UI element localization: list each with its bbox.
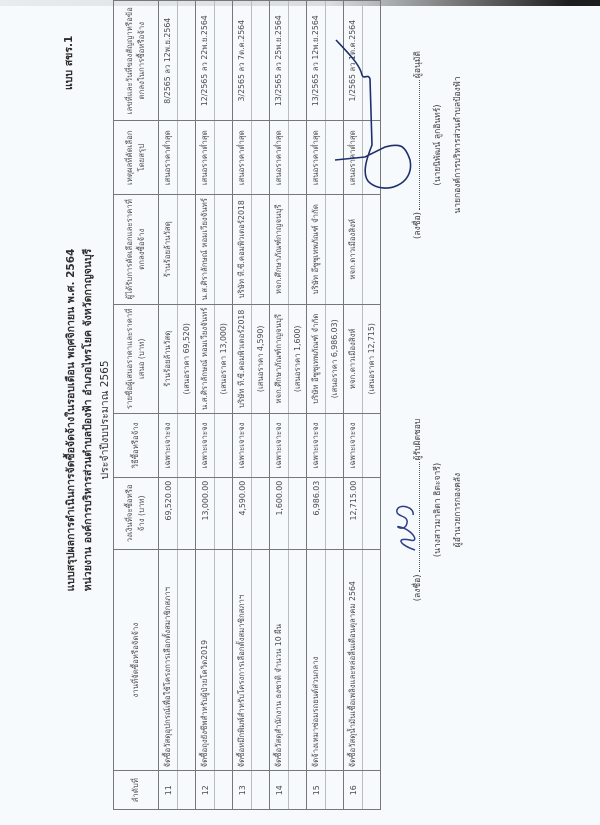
cell-contract: 3/2565 ลว 7ต.ค.2564 xyxy=(233,1,252,121)
cell-empty xyxy=(178,195,196,305)
signer-position: นายกองค์การบริหารส่วนตำบลป้องฟ้า xyxy=(450,10,464,280)
cell-empty xyxy=(178,477,196,549)
cell-empty xyxy=(252,195,270,305)
cell-empty xyxy=(289,549,307,771)
table-subrow: (เสนอราคา 69,520) xyxy=(178,1,196,810)
header-reason: เหตุผลที่คัดเลือกโดยสรุป xyxy=(114,121,159,195)
cell-empty xyxy=(252,414,270,478)
signature-line xyxy=(419,80,420,210)
cell-empty xyxy=(178,771,196,810)
table-subrow: (เสนอราคา 4,590) xyxy=(252,1,270,810)
cell-empty xyxy=(178,414,196,478)
cell-empty xyxy=(252,771,270,810)
cell-bid-price: (เสนอราคา 12,715) xyxy=(363,304,381,414)
signature-line xyxy=(419,462,420,572)
cell-amount: 13,000.00 xyxy=(196,477,215,549)
cell-contract: 1/2565 ลว 1ต.ค.2564 xyxy=(344,1,363,121)
cell-empty xyxy=(215,414,233,478)
cell-empty xyxy=(289,121,307,195)
cell-method: เฉพาะเจาะจง xyxy=(196,414,215,478)
header-winner: ผู้ได้รับการคัดเลือกและราคาที่ตกลงซื้อจ้… xyxy=(114,195,159,305)
signer-position: ผู้อำนวยการกองคลัง xyxy=(450,380,464,640)
table-header-row: ลำดับที่ งานที่จัดซื้อหรือจัดจ้าง วงเงิน… xyxy=(114,1,159,810)
sign-role: ผู้รับผิดชอบ xyxy=(413,419,423,461)
cell-task: จัดซื้อวัสดุสำนักงาน ธงชาติ จำนวน 10 ผืน xyxy=(270,549,289,771)
cell-empty xyxy=(363,771,381,810)
cell-task: จัดซื้อถุงยังชีพสำหรับผู้ป่วยโควิด2019 xyxy=(196,549,215,771)
cell-empty xyxy=(178,549,196,771)
procurement-table: ลำดับที่ งานที่จัดซื้อหรือจัดจ้าง วงเงิน… xyxy=(113,0,381,810)
cell-no: 14 xyxy=(270,771,289,810)
cell-empty xyxy=(252,121,270,195)
cell-bid-price: (เสนอราคา 1,600) xyxy=(289,304,307,414)
cell-amount: 6,986.03 xyxy=(307,477,326,549)
cell-bidder: ร้านร้อยล้านวัสดุ xyxy=(159,304,178,414)
cell-empty xyxy=(363,121,381,195)
cell-bid-price: (เสนอราคา 69,520) xyxy=(178,304,196,414)
table-row: 11จัดซื้อวัสดุอุปกรณ์เพื่อใช้โครงการเลือ… xyxy=(159,1,178,810)
cell-winner: บริษัท อีซูซุเทพภัณฑ์ จำกัด xyxy=(307,195,326,305)
cell-empty xyxy=(215,477,233,549)
header-task: งานที่จัดซื้อหรือจัดจ้าง xyxy=(114,549,159,771)
cell-empty xyxy=(289,771,307,810)
cell-bid-price: (เสนอราคา 13,000) xyxy=(215,304,233,414)
cell-empty xyxy=(363,195,381,305)
cell-empty xyxy=(363,1,381,121)
table-row: 15จัดจ้างเหมาซ่อมรถยนต์ส่วนกลาง6,986.03เ… xyxy=(307,1,326,810)
signer-name: (นางสาวมาลิดา ธิตะจารี) xyxy=(430,380,444,640)
cell-amount: 4,590.00 xyxy=(233,477,252,549)
cell-method: เฉพาะเจาะจง xyxy=(270,414,289,478)
agency-line: หน่วยงาน องค์การบริหารส่วนตำบลป้องฟ้า อำ… xyxy=(79,25,96,815)
cell-no: 13 xyxy=(233,771,252,810)
table-subrow: (เสนอราคา 1,600) xyxy=(289,1,307,810)
cell-empty xyxy=(252,1,270,121)
cell-task: จัดซื้อวัสดุอุปกรณ์เพื่อใช้โครงการเลือกต… xyxy=(159,549,178,771)
cell-winner: หจก.ศึกษาภัณฑ์กาญจนบุรี xyxy=(270,195,289,305)
cell-empty xyxy=(326,195,344,305)
sign-role: ผู้อนุมัติ xyxy=(413,51,423,78)
document-page: แบบ สขร.1 แบบสรุปผลการดำเนินการจัดซื้อจั… xyxy=(0,0,600,825)
cell-task: จัดซื้อหมึกพิมพ์สำหรับโครงการเลือกตั้งสม… xyxy=(233,549,252,771)
cell-method: เฉพาะเจาะจง xyxy=(233,414,252,478)
cell-empty xyxy=(326,414,344,478)
table-row: 13จัดซื้อหมึกพิมพ์สำหรับโครงการเลือกตั้ง… xyxy=(233,1,252,810)
cell-amount: 69,520.00 xyxy=(159,477,178,549)
table-row: 12จัดซื้อถุงยังชีพสำหรับผู้ป่วยโควิด2019… xyxy=(196,1,215,810)
cell-reason: เสนอราคาต่ำสุด xyxy=(344,121,363,195)
table-subrow: (เสนอราคา 12,715) xyxy=(363,1,381,810)
cell-empty xyxy=(178,1,196,121)
cell-contract: 12/2565 ลว 22พ.ย.2564 xyxy=(196,1,215,121)
table-subrow: (เสนอราคา 13,000) xyxy=(215,1,233,810)
cell-winner: ร้านร้อยล้านวัสดุ xyxy=(159,195,178,305)
cell-empty xyxy=(289,414,307,478)
cell-empty xyxy=(289,1,307,121)
table-row: 16จัดซื้อวัสดุน้ำมันเชื้อเพลิงและหล่อลื่… xyxy=(344,1,363,810)
cell-empty xyxy=(289,477,307,549)
header-method: วิธีซื้อหรือจ้าง xyxy=(114,414,159,478)
cell-method: เฉพาะเจาะจง xyxy=(159,414,178,478)
header-no: ลำดับที่ xyxy=(114,771,159,810)
cell-reason: เสนอราคาต่ำสุด xyxy=(307,121,326,195)
cell-empty xyxy=(326,771,344,810)
sign-prefix: (ลงชื่อ) xyxy=(413,574,423,601)
cell-empty xyxy=(363,414,381,478)
cell-winner: บริษัท ที.ซี.คอมพิวเตอร์2018 xyxy=(233,195,252,305)
cell-empty xyxy=(326,121,344,195)
cell-bidder: น.ส.ศิราลักษณ์ หอมเวียงจันทร์ xyxy=(196,304,215,414)
cell-no: 12 xyxy=(196,771,215,810)
cell-winner: หจก.ดาวเมืองสิงห์ xyxy=(344,195,363,305)
table-subrow: (เสนอราคา 6,986.03) xyxy=(326,1,344,810)
cell-empty xyxy=(326,477,344,549)
cell-amount: 1,600.00 xyxy=(270,477,289,549)
cell-method: เฉพาะเจาะจง xyxy=(307,414,326,478)
cell-reason: เสนอราคาต่ำสุด xyxy=(233,121,252,195)
cell-empty xyxy=(363,549,381,771)
cell-bid-price: (เสนอราคา 4,590) xyxy=(252,304,270,414)
cell-empty xyxy=(326,1,344,121)
sign-prefix: (ลงชื่อ) xyxy=(413,212,423,239)
signer-name: (นายนิพัฒน์ ลูกอินทร์) xyxy=(430,10,444,280)
cell-no: 15 xyxy=(307,771,326,810)
cell-reason: เสนอราคาต่ำสุด xyxy=(270,121,289,195)
cell-empty xyxy=(252,477,270,549)
cell-contract: 8/2565 ลว 12พ.ย.2564 xyxy=(159,1,178,121)
cell-winner: น.ส.ศิราลักษณ์ หอมเวียงจันทร์ xyxy=(196,195,215,305)
cell-empty xyxy=(215,121,233,195)
cell-empty xyxy=(289,195,307,305)
document-title: แบบสรุปผลการดำเนินการจัดซื้อจัดจ้างในรอบ… xyxy=(62,25,79,815)
cell-bidder: หจก.ศึกษาภัณฑ์กาญจนบุรี xyxy=(270,304,289,414)
cell-empty xyxy=(252,549,270,771)
cell-no: 16 xyxy=(344,771,363,810)
cell-empty xyxy=(215,549,233,771)
cell-task: จัดจ้างเหมาซ่อมรถยนต์ส่วนกลาง xyxy=(307,549,326,771)
cell-method: เฉพาะเจาะจง xyxy=(344,414,363,478)
cell-empty xyxy=(178,121,196,195)
fiscal-year-line: ประจำปีงบประมาณ 2565 xyxy=(96,25,113,815)
table-body: 11จัดซื้อวัสดุอุปกรณ์เพื่อใช้โครงการเลือ… xyxy=(159,1,381,810)
header-amount: วงเงินที่จะซื้อหรือจ้าง (บาท) xyxy=(114,477,159,549)
cell-empty xyxy=(326,549,344,771)
cell-empty xyxy=(215,771,233,810)
cell-empty xyxy=(215,195,233,305)
signature-block-responsible: (ลงชื่อ)ผู้รับผิดชอบ (นางสาวมาลิดา ธิตะจ… xyxy=(410,380,470,640)
cell-bidder: หจก.ดาวเมืองสิงห์ xyxy=(344,304,363,414)
cell-bidder: บริษัท อีซูซุเทพภัณฑ์ จำกัด xyxy=(307,304,326,414)
cell-empty xyxy=(363,477,381,549)
table-row: 14จัดซื้อวัสดุสำนักงาน ธงชาติ จำนวน 10 ผ… xyxy=(270,1,289,810)
cell-amount: 12,715.00 xyxy=(344,477,363,549)
signature-block-approver: (ลงชื่อ)ผู้อนุมัติ (นายนิพัฒน์ ลูกอินทร์… xyxy=(410,10,470,280)
header-bidders: รายชื่อผู้เสนอราคาและราคาที่เสนอ (บาท) xyxy=(114,304,159,414)
cell-no: 11 xyxy=(159,771,178,810)
cell-reason: เสนอราคาต่ำสุด xyxy=(196,121,215,195)
header-contract: เลขที่และวันที่ของสัญญาหรือข้อตกลงในการซ… xyxy=(114,1,159,121)
cell-bidder: บริษัท ที.ซี.คอมพิวเตอร์2018 xyxy=(233,304,252,414)
cell-empty xyxy=(215,1,233,121)
cell-contract: 13/2565 ลว 25พ.ย.2564 xyxy=(270,1,289,121)
cell-bid-price: (เสนอราคา 6,986.03) xyxy=(326,304,344,414)
cell-contract: 13/2565 ลว 12พ.ย.2564 xyxy=(307,1,326,121)
cell-task: จัดซื้อวัสดุน้ำมันเชื้อเพลิงและหล่อลื่นเ… xyxy=(344,549,363,771)
cell-reason: เสนอราคาต่ำสุด xyxy=(159,121,178,195)
